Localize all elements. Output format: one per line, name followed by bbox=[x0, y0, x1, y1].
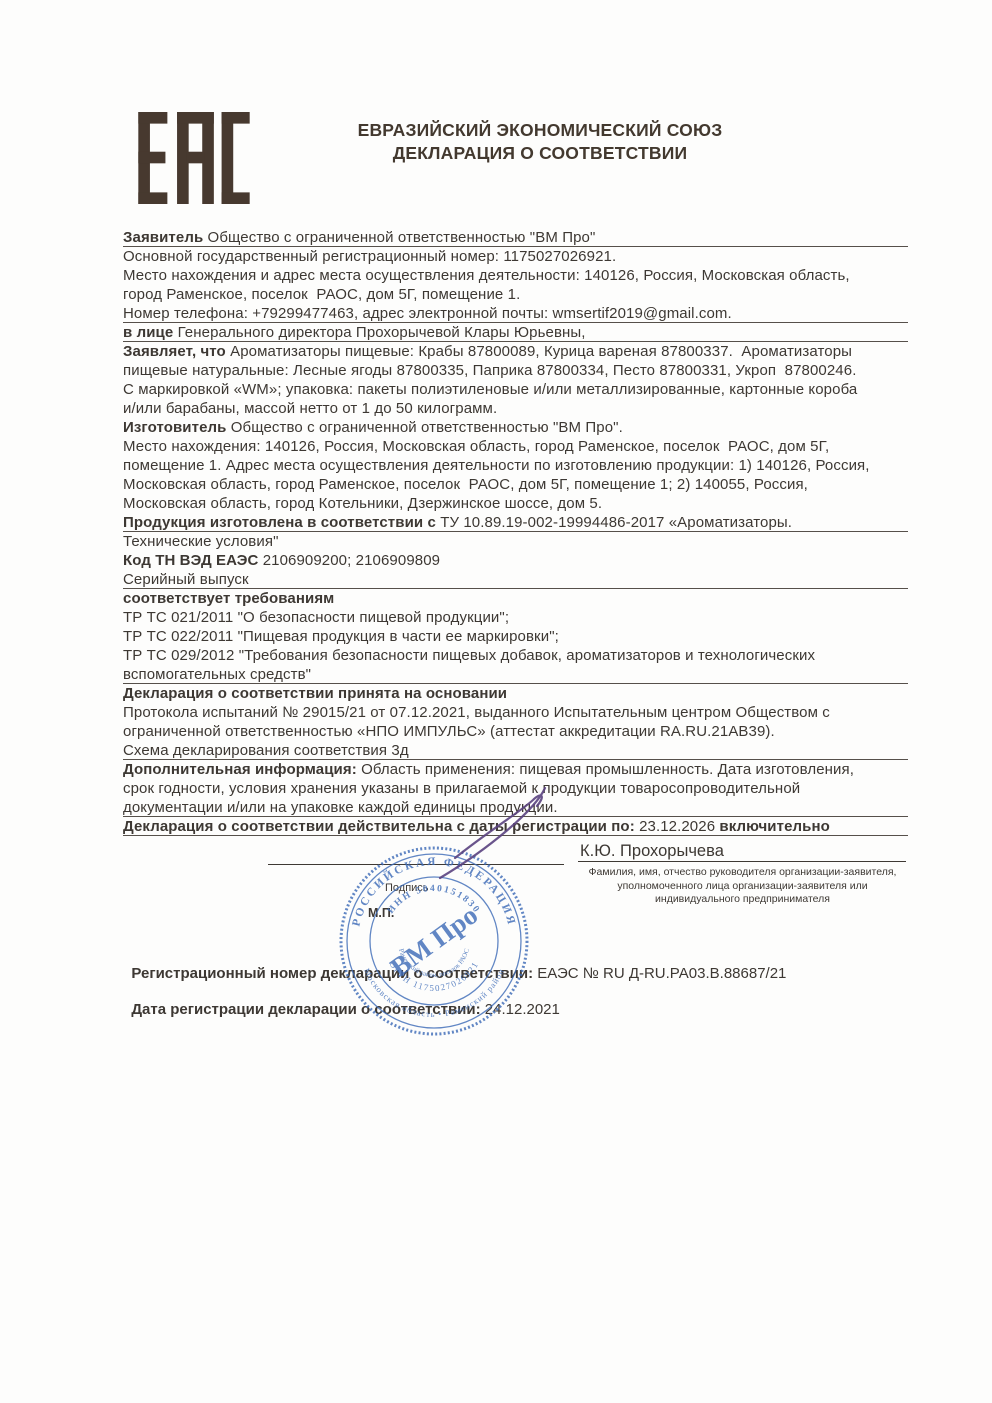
body-line: Дополнительная информация: Область приме… bbox=[123, 760, 908, 779]
body-field-text: срок годности, условия хранения указаны … bbox=[123, 780, 800, 797]
body-line: город Раменское, поселок РАОС, дом 5Г, п… bbox=[123, 285, 908, 304]
body-line: Место нахождения: 140126, Россия, Москов… bbox=[123, 437, 908, 456]
body-field-text: Номер телефона: +79299477463, адрес элек… bbox=[123, 305, 732, 322]
body-field-label: Заявляет, что bbox=[123, 343, 230, 360]
body-field-text: ТР ТС 029/2012 "Требования безопасности … bbox=[123, 647, 815, 664]
signature-line bbox=[268, 864, 564, 865]
signer-caption: Фамилия, имя, отчество руководителя орга… bbox=[565, 866, 920, 907]
body-line: срок годности, условия хранения указаны … bbox=[123, 779, 908, 798]
body-line: ТР ТС 021/2011 "О безопасности пищевой п… bbox=[123, 608, 908, 627]
body-line: в лице Генерального директора Прохорычев… bbox=[123, 323, 908, 342]
body-line: ТР ТС 029/2012 "Требования безопасности … bbox=[123, 646, 908, 665]
signer-name: К.Ю. Прохорычева bbox=[580, 842, 724, 861]
registration-number-value: ЕАЭС № RU Д-RU.РА03.В.88687/21 bbox=[537, 965, 786, 982]
body-field-text: 2106909200; 2106909809 bbox=[263, 552, 440, 569]
body-line: Заявитель Общество с ограниченной ответс… bbox=[123, 228, 908, 247]
body-line: соответствует требованиям bbox=[123, 589, 908, 608]
body-field-text: 23.12.2026 bbox=[639, 818, 715, 835]
body-field-text: Место нахождения и адрес места осуществл… bbox=[123, 267, 850, 284]
body-line: Изготовитель Общество с ограниченной отв… bbox=[123, 418, 908, 437]
body-line: Московская область, город Раменское, пос… bbox=[123, 475, 908, 494]
body-line: Код ТН ВЭД ЕАЭС 2106909200; 2106909809 bbox=[123, 551, 908, 570]
body-line: Основной государственный регистрационный… bbox=[123, 247, 908, 266]
body-line: документации и/или на упаковке каждой ед… bbox=[123, 798, 908, 817]
body-field-text: Общество с ограниченной ответственностью… bbox=[208, 229, 596, 246]
body-field-text: Основной государственный регистрационный… bbox=[123, 248, 616, 265]
body-line: ТР ТС 022/2011 "Пищевая продукция в част… bbox=[123, 627, 908, 646]
page-root: { "header": { "logo": "EAC", "title_line… bbox=[0, 0, 992, 1403]
signer-caption-line: Фамилия, имя, отчество руководителя орга… bbox=[565, 866, 920, 880]
body-line: и/или барабаны, массой нетто от 1 до 50 … bbox=[123, 399, 908, 418]
signer-caption-line: уполномоченного лица организации-заявите… bbox=[565, 880, 920, 894]
body-field-text: Протокола испытаний № 29015/21 от 07.12.… bbox=[123, 704, 830, 721]
registration-date-label: Дата регистрации декларации о соответств… bbox=[131, 1001, 484, 1018]
body-field-label: в лице bbox=[123, 324, 178, 341]
podpis-label: Подпись bbox=[385, 882, 429, 894]
title-line-2: ДЕКЛАРАЦИЯ О СООТВЕТСТВИИ bbox=[300, 142, 780, 165]
body-field-label: Заявитель bbox=[123, 229, 208, 246]
body-field-label: Продукция изготовлена в соответствии с bbox=[123, 514, 440, 531]
page-title: ЕВРАЗИЙСКИЙ ЭКОНОМИЧЕСКИЙ СОЮЗ ДЕКЛАРАЦИ… bbox=[300, 119, 780, 165]
body-field-text: ТР ТС 022/2011 "Пищевая продукция в част… bbox=[123, 628, 559, 645]
body-line: Номер телефона: +79299477463, адрес элек… bbox=[123, 304, 908, 323]
body-field-text: С маркировкой «WM»; упаковка: пакеты пол… bbox=[123, 381, 857, 398]
registration-date-row: Дата регистрации декларации о соответств… bbox=[123, 984, 560, 1018]
body-line: Схема декларирования соответствия 3д bbox=[123, 741, 908, 760]
body-field-text: город Раменское, поселок РАОС, дом 5Г, п… bbox=[123, 286, 520, 303]
body-line: Заявляет, что Ароматизаторы пищевые: Кра… bbox=[123, 342, 908, 361]
body-field-label: Код ТН ВЭД ЕАЭС bbox=[123, 552, 263, 569]
body-field-text: Область применения: пищевая промышленнос… bbox=[361, 761, 854, 778]
body-line: Место нахождения и адрес места осуществл… bbox=[123, 266, 908, 285]
body-field-label: Декларация о соответствии принята на осн… bbox=[123, 685, 507, 702]
body-field-text: Московская область, город Котельники, Дз… bbox=[123, 495, 602, 512]
document-body: Заявитель Общество с ограниченной ответс… bbox=[123, 228, 908, 836]
body-field-text: Технические условия" bbox=[123, 533, 279, 550]
body-field-text: Общество с ограниченной ответственностью… bbox=[231, 419, 623, 436]
body-field-label: Дополнительная информация: bbox=[123, 761, 361, 778]
body-line: помещение 1. Адрес места осуществления д… bbox=[123, 456, 908, 475]
body-field-text: Место нахождения: 140126, Россия, Москов… bbox=[123, 438, 829, 455]
body-field-label: включительно bbox=[715, 818, 830, 835]
registration-number-row: Регистрационный номер декларации о соотв… bbox=[123, 948, 786, 982]
body-field-label: соответствует требованиям bbox=[123, 590, 334, 607]
body-line: Продукция изготовлена в соответствии с Т… bbox=[123, 513, 908, 532]
eac-logo bbox=[138, 112, 250, 204]
body-line: ограниченной ответственностью «НПО ИМПУЛ… bbox=[123, 722, 908, 741]
registration-date-value: 24.12.2021 bbox=[485, 1001, 560, 1018]
body-field-label: Декларация о соответствии действительна … bbox=[123, 818, 639, 835]
body-line: Московская область, город Котельники, Дз… bbox=[123, 494, 908, 513]
signer-caption-line: индивидуального предпринимателя bbox=[565, 893, 920, 907]
signer-name-line bbox=[578, 861, 906, 862]
body-field-text: помещение 1. Адрес места осуществления д… bbox=[123, 457, 870, 474]
body-line: Технические условия" bbox=[123, 532, 908, 551]
registration-number-label: Регистрационный номер декларации о соотв… bbox=[131, 965, 537, 982]
body-field-text: вспомогательных средств" bbox=[123, 666, 311, 683]
body-field-text: Схема декларирования соответствия 3д bbox=[123, 742, 409, 759]
body-line: Серийный выпуск bbox=[123, 570, 908, 589]
body-field-text: Генерального директора Прохорычевой Клар… bbox=[178, 324, 586, 341]
body-field-text: ТУ 10.89.19-002-19994486-2017 «Ароматиза… bbox=[440, 514, 792, 531]
body-field-text: пищевые натуральные: Лесные ягоды 878003… bbox=[123, 362, 856, 379]
body-line: С маркировкой «WM»; упаковка: пакеты пол… bbox=[123, 380, 908, 399]
body-field-text: Ароматизаторы пищевые: Крабы 87800089, К… bbox=[230, 343, 852, 360]
body-line: Декларация о соответствии действительна … bbox=[123, 817, 908, 836]
body-line: Декларация о соответствии принята на осн… bbox=[123, 684, 908, 703]
body-line: вспомогательных средств" bbox=[123, 665, 908, 684]
body-field-text: ТР ТС 021/2011 "О безопасности пищевой п… bbox=[123, 609, 509, 626]
body-field-text: Московская область, город Раменское, пос… bbox=[123, 476, 808, 493]
body-field-text: документации и/или на упаковке каждой ед… bbox=[123, 799, 558, 816]
stamp-place-label: М.П. bbox=[368, 906, 394, 920]
body-line: пищевые натуральные: Лесные ягоды 878003… bbox=[123, 361, 908, 380]
body-field-label: Изготовитель bbox=[123, 419, 231, 436]
body-field-text: Серийный выпуск bbox=[123, 571, 249, 588]
body-line: Протокола испытаний № 29015/21 от 07.12.… bbox=[123, 703, 908, 722]
body-field-text: ограниченной ответственностью «НПО ИМПУЛ… bbox=[123, 723, 775, 740]
title-line-1: ЕВРАЗИЙСКИЙ ЭКОНОМИЧЕСКИЙ СОЮЗ bbox=[300, 119, 780, 142]
body-field-text: и/или барабаны, массой нетто от 1 до 50 … bbox=[123, 400, 497, 417]
